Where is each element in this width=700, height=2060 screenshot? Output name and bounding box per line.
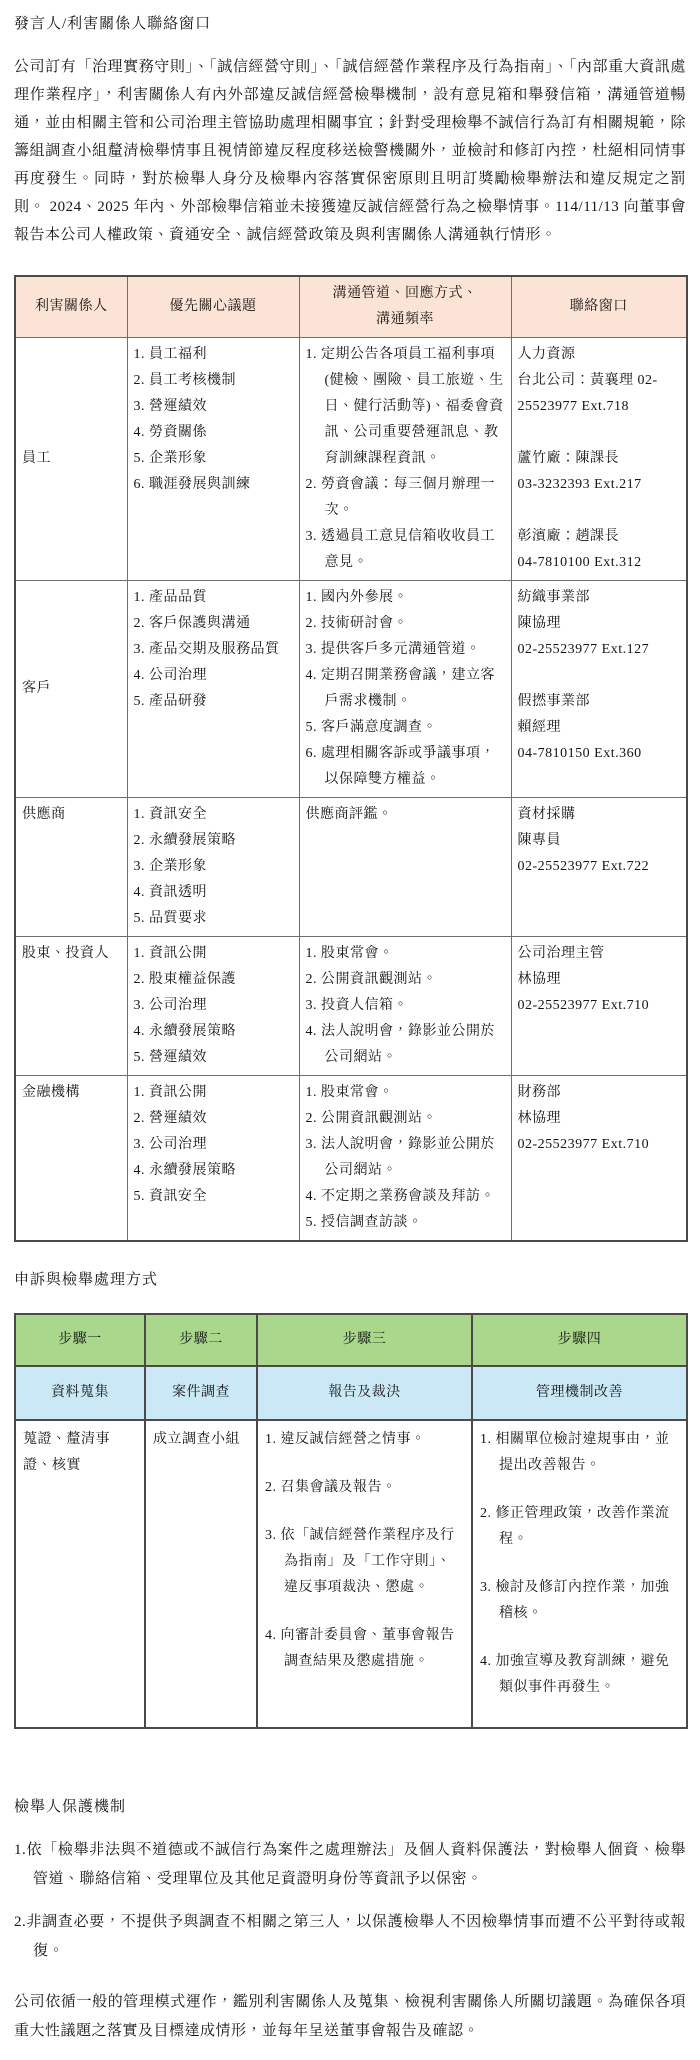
text-line: 1. 國內外參展。 — [306, 585, 505, 611]
stakeholder-cell: 金融機構 — [15, 1076, 127, 1242]
text-line: 4. 公司治理 — [134, 663, 293, 689]
stakeholder-cell: 客戶 — [15, 581, 127, 798]
text-line: 6. 職涯發展與訓練 — [134, 472, 293, 498]
process-stage-header-row: 資料蒐集 案件調查 報告及裁決 管理機制改善 — [15, 1366, 687, 1420]
text-line: 5. 營運績效 — [134, 1045, 293, 1071]
text-line: 4. 不定期之業務會談及拜訪。 — [306, 1184, 505, 1210]
issues-cell: 1. 產品品質2. 客戶保護與溝通3. 產品交期及服務品質4. 公司治理5. 產… — [127, 581, 299, 798]
table-row-suppliers: 供應商 1. 資訊安全2. 永續發展策略3. 企業形象4. 資訊透明5. 品質要… — [15, 798, 687, 937]
improvement-cell: 1. 相關單位檢討違規事由，並提出改善報告。2. 修正管理政策，改善作業流程。3… — [472, 1420, 687, 1728]
text-line: 2. 員工考核機制 — [134, 368, 293, 394]
text-line: 2. 勞資會議：每三個月辦理一次。 — [306, 472, 505, 524]
text-line: 1. 資訊公開 — [134, 1080, 293, 1106]
channels-cell: 1. 股東常會。2. 公開資訊觀測站。3. 法人說明會，錄影並公開於公司網站。4… — [299, 1076, 511, 1242]
text-line: 賴經理 — [518, 715, 681, 741]
issues-cell: 1. 資訊公開2. 營運績效3. 公司治理4. 永續發展策略5. 資訊安全 — [127, 1076, 299, 1242]
contact-cell: 財務部林協理02-25523977 Ext.710 — [511, 1076, 687, 1242]
issues-cell: 1. 資訊公開2. 股東權益保護3. 公司治理4. 永續發展策略5. 營運績效 — [127, 937, 299, 1076]
stage-header-collection: 資料蒐集 — [15, 1366, 145, 1420]
text-line: 資材採購 — [518, 802, 681, 828]
text-line: 5. 企業形象 — [134, 446, 293, 472]
text-line: 3. 提供客戶多元溝通管道。 — [306, 637, 505, 663]
text-line: 2. 永續發展策略 — [134, 828, 293, 854]
text-line — [518, 420, 681, 446]
text-line: 2. 公開資訊觀測站。 — [306, 1106, 505, 1132]
text-line: 5. 產品研發 — [134, 689, 293, 715]
text-line: 1.依「檢舉非法與不道德或不誠信行為案件之處理辦法」及個人資料保護法，對檢舉人個… — [14, 1836, 686, 1894]
column-header-step1: 步驟一 — [15, 1314, 145, 1366]
column-header-contact: 聯絡窗口 — [511, 276, 687, 338]
text-line: 3. 公司治理 — [134, 1132, 293, 1158]
text-line: 台北公司：黃襄理 02-25523977 Ext.718 — [518, 368, 681, 420]
text-line: 1. 相關單位檢討違規事由，並提出改善報告。 — [480, 1427, 679, 1479]
text-line: 04-7810100 Ext.312 — [518, 550, 681, 576]
text-line: 3. 產品交期及服務品質 — [134, 637, 293, 663]
column-header-issues: 優先關心議題 — [127, 276, 299, 338]
channels-cell: 1. 國內外參展。2. 技術研討會。3. 提供客戶多元溝通管道。4. 定期召開業… — [299, 581, 511, 798]
text-line: 4. 資訊透明 — [134, 880, 293, 906]
text-line: 02-25523977 Ext.710 — [518, 1132, 681, 1158]
text-line: 人力資源 — [518, 342, 681, 368]
text-line: 1. 股東常會。 — [306, 1080, 505, 1106]
text-line: 4. 法人說明會，錄影並公開於公司網站。 — [306, 1019, 505, 1071]
text-line: 3. 企業形象 — [134, 854, 293, 880]
text-line: 3. 透過員工意見信箱收收員工意見。 — [306, 524, 505, 576]
stage-header-investigation: 案件調查 — [145, 1366, 257, 1420]
process-step-header-row: 步驟一 步驟二 步驟三 步驟四 — [15, 1314, 687, 1366]
channels-cell: 1. 定期公告各項員工福利事項(健檢、團險、員工旅遊、生日、健行活動等)、福委會… — [299, 338, 511, 581]
stage-header-improvement: 管理機制改善 — [472, 1366, 687, 1420]
text-line: 1. 違反誠信經營之情事。 — [265, 1427, 464, 1453]
text-line: 供應商評鑑。 — [306, 802, 505, 828]
text-line: 02-25523977 Ext.722 — [518, 854, 681, 880]
stakeholder-table: 利害關係人 優先關心議題 溝通管道、回應方式、 溝通頻率 聯絡窗口 員工 1. … — [14, 275, 688, 1242]
text-line: 5. 資訊安全 — [134, 1184, 293, 1210]
column-header-step2: 步驟二 — [145, 1314, 257, 1366]
table-row-employees: 員工 1. 員工福利2. 員工考核機制3. 營運績效4. 勞資關係5. 企業形象… — [15, 338, 687, 581]
contact-cell: 人力資源台北公司：黃襄理 02-25523977 Ext.718 蘆竹廠：陳課長… — [511, 338, 687, 581]
text-line: 2. 修正管理政策，改善作業流程。 — [480, 1501, 679, 1553]
stakeholder-table-header-row: 利害關係人 優先關心議題 溝通管道、回應方式、 溝通頻率 聯絡窗口 — [15, 276, 687, 338]
text-line: 3. 法人說明會，錄影並公開於公司網站。 — [306, 1132, 505, 1184]
text-line: 2. 公開資訊觀測站。 — [306, 967, 505, 993]
text-line: 04-7810150 Ext.360 — [518, 741, 681, 767]
stakeholder-cell: 員工 — [15, 338, 127, 581]
text-line: 5. 授信調查訪談。 — [306, 1210, 505, 1236]
text-line: 3. 公司治理 — [134, 993, 293, 1019]
issues-cell: 1. 資訊安全2. 永續發展策略3. 企業形象4. 資訊透明5. 品質要求 — [127, 798, 299, 937]
contact-cell: 資材採購陳專員02-25523977 Ext.722 — [511, 798, 687, 937]
process-table: 步驟一 步驟二 步驟三 步驟四 資料蒐集 案件調查 報告及裁決 管理機制改善 蒐… — [14, 1313, 688, 1729]
text-line: 4. 永續發展策略 — [134, 1158, 293, 1184]
stakeholder-cell: 股東、投資人 — [15, 937, 127, 1076]
text-line: 02-25523977 Ext.127 — [518, 637, 681, 663]
column-header-stakeholder: 利害關係人 — [15, 276, 127, 338]
text-line: 3. 營運績效 — [134, 394, 293, 420]
table-row-customers: 客戶 1. 產品品質2. 客戶保護與溝通3. 產品交期及服務品質4. 公司治理5… — [15, 581, 687, 798]
process-body-row: 蒐證、釐清事證、核實 成立調查小組 1. 違反誠信經營之情事。2. 召集會議及報… — [15, 1420, 687, 1728]
text-line: 林協理 — [518, 1106, 681, 1132]
stakeholder-cell: 供應商 — [15, 798, 127, 937]
text-line: 陳專員 — [518, 828, 681, 854]
text-line: 彰濱廠：趙課長 — [518, 524, 681, 550]
text-line: 2. 股東權益保護 — [134, 967, 293, 993]
text-line: 4. 永續發展策略 — [134, 1019, 293, 1045]
text-line: 假撚事業部 — [518, 689, 681, 715]
text-line — [518, 498, 681, 524]
text-line: 4. 加強宣導及教育訓練，避免類似事件再發生。 — [480, 1649, 679, 1701]
team-cell: 成立調查小組 — [145, 1420, 257, 1728]
text-line: 2. 營運績效 — [134, 1106, 293, 1132]
text-line: 3. 投資人信箱。 — [306, 993, 505, 1019]
column-header-channels: 溝通管道、回應方式、 溝通頻率 — [299, 276, 511, 338]
text-line: 1. 資訊公開 — [134, 941, 293, 967]
evidence-cell: 蒐證、釐清事證、核實 — [15, 1420, 145, 1728]
page-title: 發言人/利害關係人聯絡窗口 — [14, 12, 686, 33]
text-line: 林協理 — [518, 967, 681, 993]
text-line: 成立調查小組 — [153, 1427, 249, 1453]
document-page: 發言人/利害關係人聯絡窗口 公司訂有「治理實務守則」、「誠信經營守則」、「誠信經… — [0, 0, 700, 2060]
protection-section-title: 檢舉人保護機制 — [14, 1795, 686, 1816]
contact-cell: 紡織事業部陳協理02-25523977 Ext.127 假撚事業部賴經理04-7… — [511, 581, 687, 798]
text-line: 蘆竹廠：陳課長 — [518, 446, 681, 472]
text-line: 3. 依「誠信經營作業程序及行為指南」及「工作守則」、違反事項裁決、懲處。 — [265, 1523, 464, 1601]
table-row-financial-institutions: 金融機構 1. 資訊公開2. 營運績效3. 公司治理4. 永續發展策略5. 資訊… — [15, 1076, 687, 1242]
column-header-step4: 步驟四 — [472, 1314, 687, 1366]
text-line: 4. 定期召開業務會議，建立客戶需求機制。 — [306, 663, 505, 715]
text-line: 陳協理 — [518, 611, 681, 637]
protection-list: 1.依「檢舉非法與不道德或不誠信行為案件之處理辦法」及個人資料保護法，對檢舉人個… — [14, 1836, 686, 1966]
text-line: 1. 產品品質 — [134, 585, 293, 611]
text-line: 2. 召集會議及報告。 — [265, 1475, 464, 1501]
text-line: 1. 員工福利 — [134, 342, 293, 368]
text-line: 5. 客戶滿意度調查。 — [306, 715, 505, 741]
issues-cell: 1. 員工福利2. 員工考核機制3. 營運績效4. 勞資關係5. 企業形象6. … — [127, 338, 299, 581]
report-cell: 1. 違反誠信經營之情事。2. 召集會議及報告。3. 依「誠信經營作業程序及行為… — [257, 1420, 472, 1728]
closing-paragraph: 公司依循一般的管理模式運作，鑑別利害關係人及蒐集、檢視利害關係人所關切議題。為確… — [14, 1988, 686, 2046]
text-line: 3. 檢討及修訂內控作業，加強稽核。 — [480, 1575, 679, 1627]
text-line: 2.非調查必要，不提供予與調查不相關之第三人，以保護檢舉人不因檢舉情事而遭不公平… — [14, 1908, 686, 1966]
text-line: 1. 資訊安全 — [134, 802, 293, 828]
channels-cell: 供應商評鑑。 — [299, 798, 511, 937]
text-line: 03-3232393 Ext.217 — [518, 472, 681, 498]
text-line: 公司治理主管 — [518, 941, 681, 967]
contact-cell: 公司治理主管林協理02-25523977 Ext.710 — [511, 937, 687, 1076]
text-line: 02-25523977 Ext.710 — [518, 993, 681, 1019]
text-line: 1. 定期公告各項員工福利事項(健檢、團險、員工旅遊、生日、健行活動等)、福委會… — [306, 342, 505, 472]
text-line: 2. 客戶保護與溝通 — [134, 611, 293, 637]
stage-header-report: 報告及裁決 — [257, 1366, 472, 1420]
text-line: 4. 向審計委員會、董事會報告調查結果及懲處措施。 — [265, 1623, 464, 1675]
text-line: 2. 技術研討會。 — [306, 611, 505, 637]
text-line: 5. 品質要求 — [134, 906, 293, 932]
text-line — [518, 663, 681, 689]
text-line: 1. 股東常會。 — [306, 941, 505, 967]
text-line: 6. 處理相關客訴或爭議事項，以保障雙方權益。 — [306, 741, 505, 793]
text-line: 紡織事業部 — [518, 585, 681, 611]
intro-paragraph: 公司訂有「治理實務守則」、「誠信經營守則」、「誠信經營作業程序及行為指南」、「內… — [14, 53, 686, 249]
table-row-shareholders: 股東、投資人 1. 資訊公開2. 股東權益保護3. 公司治理4. 永續發展策略5… — [15, 937, 687, 1076]
text-line: 蒐證、釐清事證、核實 — [23, 1427, 137, 1479]
complaint-section-title: 申訴與檢舉處理方式 — [14, 1268, 686, 1289]
column-header-step3: 步驟三 — [257, 1314, 472, 1366]
text-line: 財務部 — [518, 1080, 681, 1106]
text-line: 4. 勞資關係 — [134, 420, 293, 446]
channels-cell: 1. 股東常會。2. 公開資訊觀測站。3. 投資人信箱。4. 法人說明會，錄影並… — [299, 937, 511, 1076]
